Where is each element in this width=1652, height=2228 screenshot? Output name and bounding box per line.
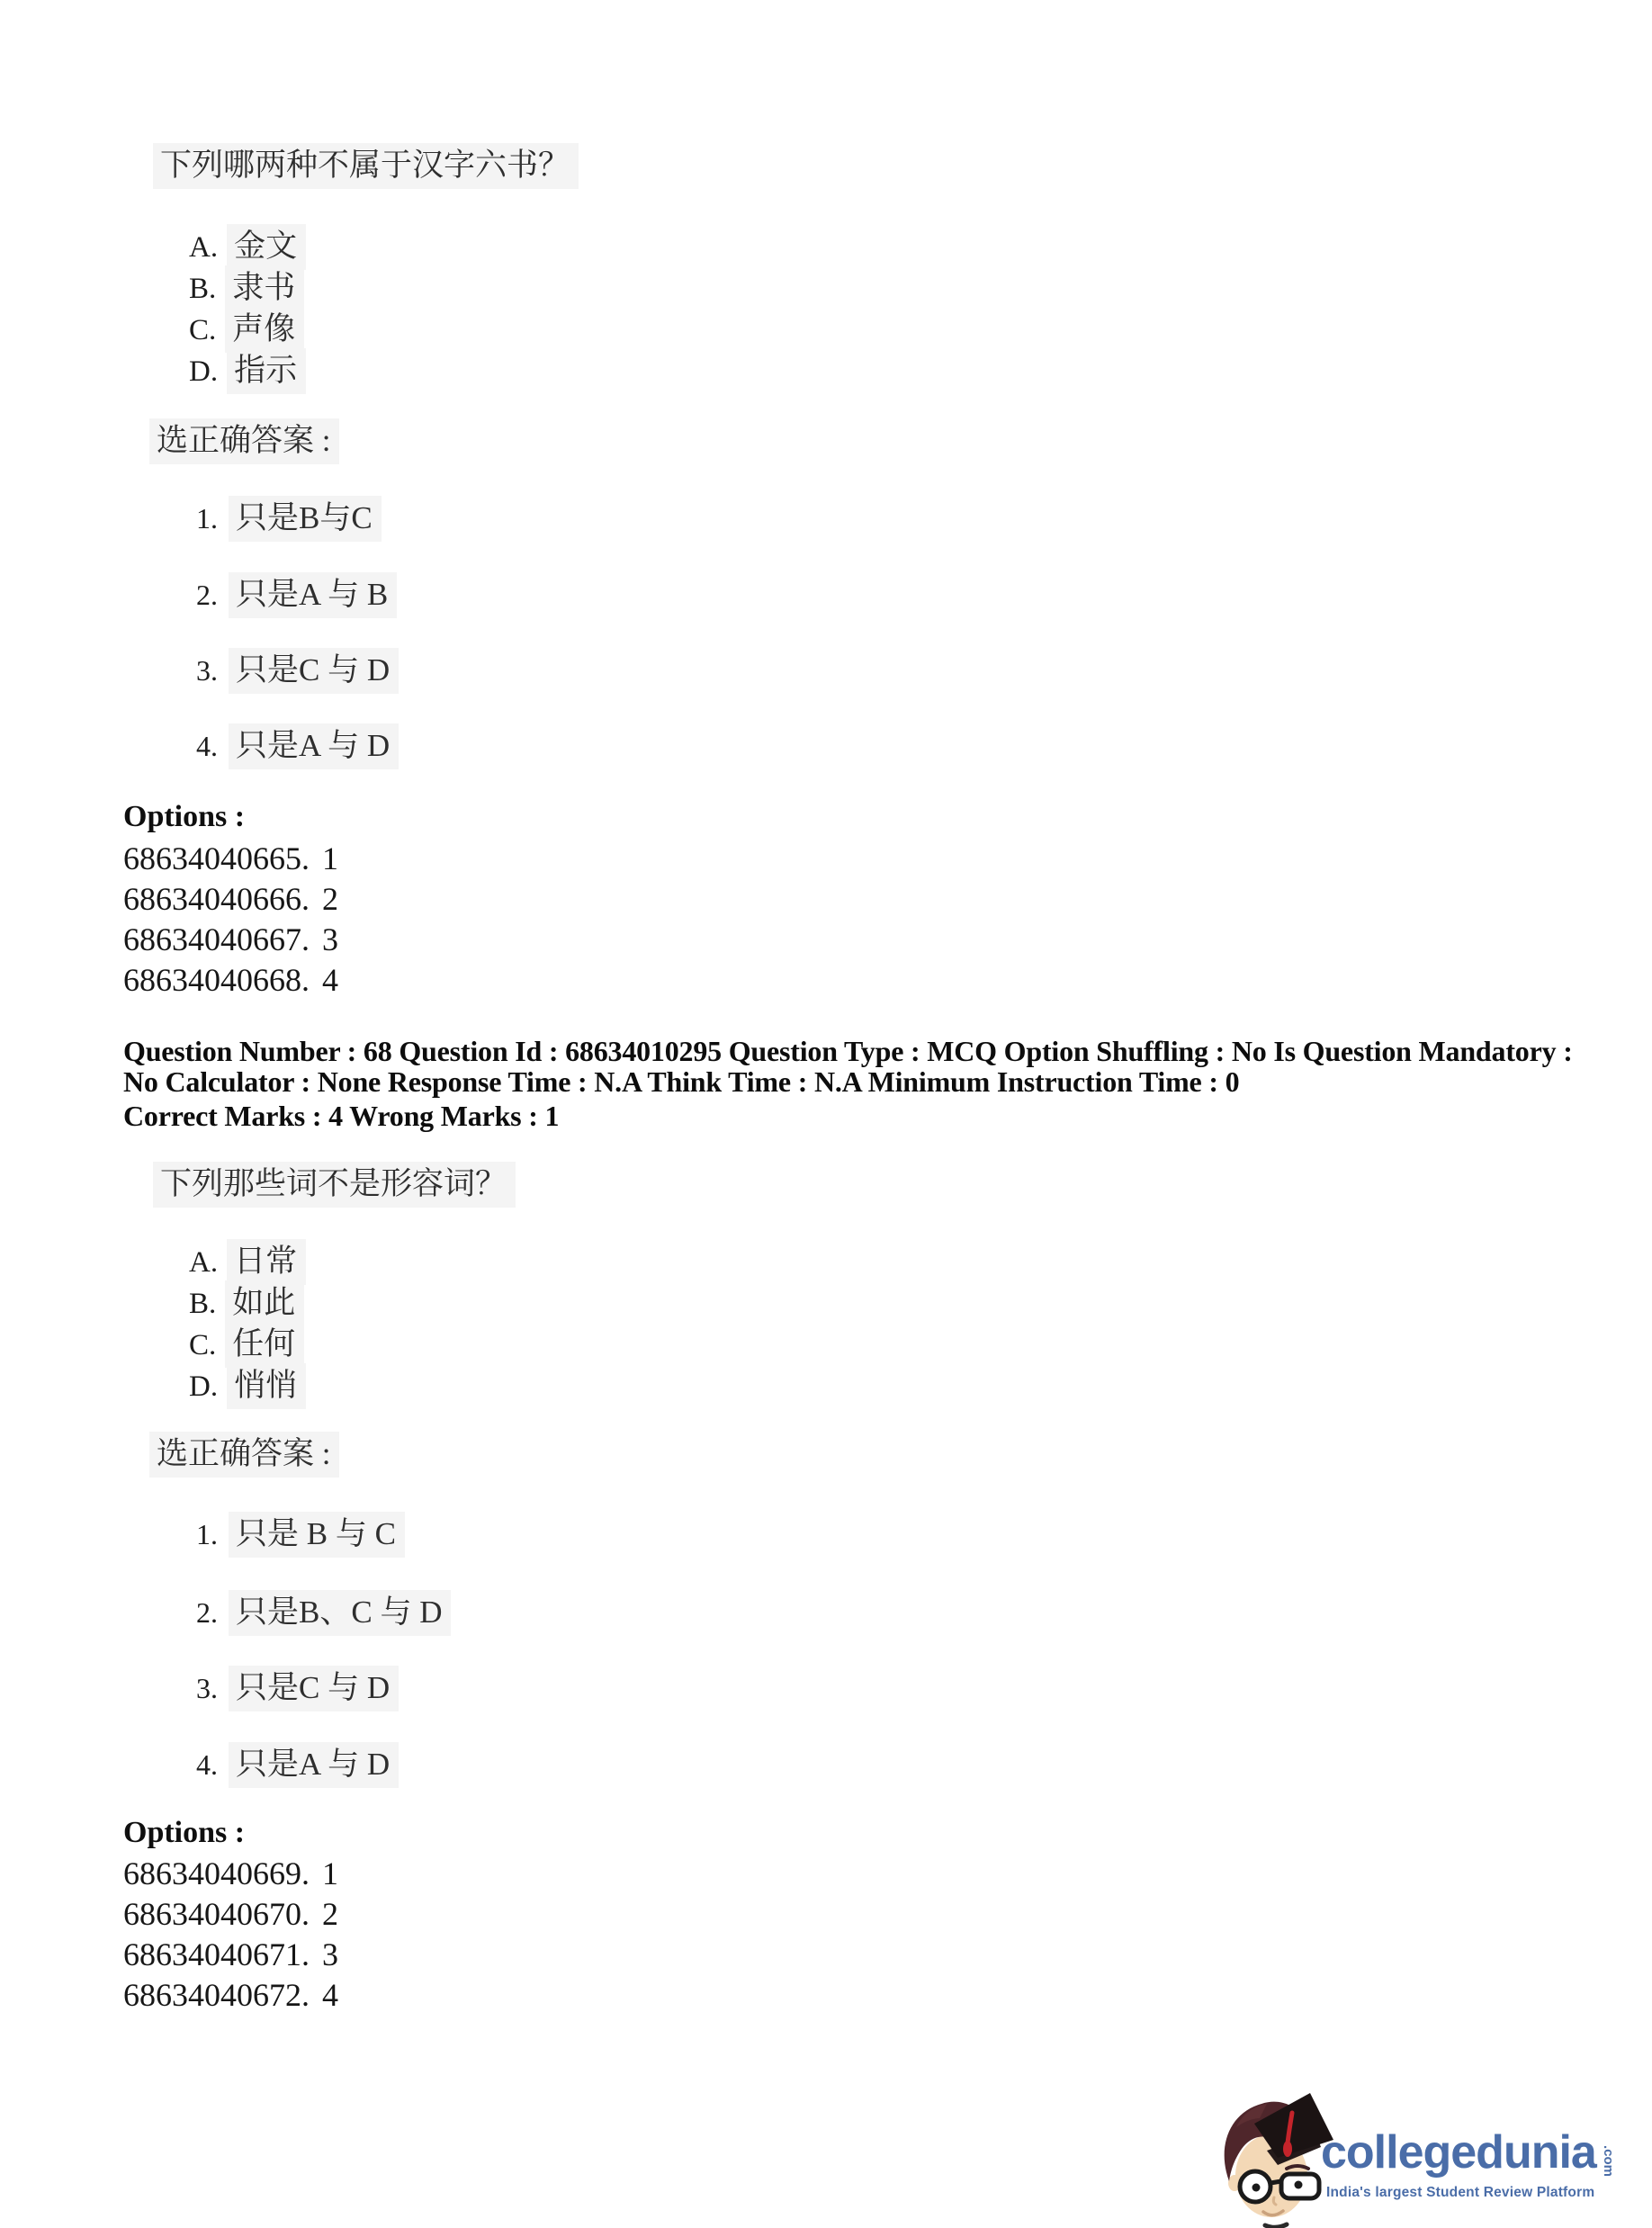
collegedunia-mascot-icon <box>1215 2088 1337 2228</box>
q1-choice-b-label: B. <box>189 273 216 305</box>
q1-answer-2-text: 只是A 与 B <box>229 572 397 618</box>
q1-option-id-3: 68634040667.3 <box>123 923 338 956</box>
q1-option-id-3-value: 3 <box>322 921 338 957</box>
q2-answer-4-text: 只是A 与 D <box>229 1742 399 1788</box>
q1-answer-3-text: 只是C 与 D <box>229 648 399 694</box>
q2-choice-a-label: A. <box>189 1246 218 1279</box>
collegedunia-logo-text: collegedunia <box>1321 2129 1596 2176</box>
q2-option-id-2-id: 68634040670. <box>123 1896 310 1932</box>
q2-option-id-3-value: 3 <box>322 1936 338 1972</box>
q2-answer-4: 4.只是A 与 D <box>196 1748 399 1780</box>
q2-answer-1: 1.只是 B 与 C <box>196 1518 405 1550</box>
q2-answer-4-num: 4. <box>196 1748 218 1781</box>
q2-answer-2-text: 只是B、C 与 D <box>229 1590 451 1636</box>
q2-answer-1-text: 只是 B 与 C <box>229 1512 405 1558</box>
q1-select-prompt-text: 选正确答案 : <box>149 418 339 464</box>
q1-option-id-3-id: 68634040667. <box>123 921 310 957</box>
q1-choice-c-label: C. <box>189 314 216 346</box>
q1-choice-a-label: A. <box>189 231 218 264</box>
q1-choice-a: A.金文 <box>189 230 306 263</box>
q1-answer-4: 4.只是A 与 D <box>196 730 399 761</box>
q2-choice-c-text: 任何 <box>225 1322 304 1368</box>
q1-answer-1-text: 只是B与C <box>229 496 382 542</box>
q2-answer-2-num: 2. <box>196 1596 218 1629</box>
graduate-boy-icon <box>1215 2088 1337 2228</box>
q1-option-id-2: 68634040666.2 <box>123 883 338 915</box>
q1-answer-4-num: 4. <box>196 730 218 762</box>
q2-option-id-3: 68634040671.3 <box>123 1938 338 1971</box>
q1-option-id-2-value: 2 <box>322 881 338 917</box>
q2-choice-b: B.如此 <box>189 1287 304 1319</box>
q2-choice-d-label: D. <box>189 1370 218 1403</box>
question-meta-line2: No Calculator : None Response Time : N.A… <box>123 1067 1239 1096</box>
q2-choice-d-text: 悄悄 <box>227 1363 306 1409</box>
q2-option-id-4-value: 4 <box>322 1977 338 2013</box>
q2-option-id-1: 68634040669.1 <box>123 1857 338 1890</box>
q1-answer-3-num: 3. <box>196 654 218 687</box>
q1-option-id-1: 68634040665.1 <box>123 842 338 875</box>
q2-choice-a: A.日常 <box>189 1245 306 1278</box>
q1-answer-2: 2.只是A 与 B <box>196 579 397 610</box>
q2-choice-a-text: 日常 <box>227 1239 306 1285</box>
q1-option-id-4-value: 4 <box>322 962 338 998</box>
q1-options-heading: Options : <box>123 802 245 832</box>
collegedunia-logo-tld: .com <box>1602 2145 1615 2177</box>
q2-options-heading: Options : <box>123 1818 245 1848</box>
q2-choice-d: D.悄悄 <box>189 1370 306 1402</box>
q2-option-id-1-value: 1 <box>322 1855 338 1891</box>
q2-select-prompt: 选正确答案 : <box>149 1438 339 1469</box>
q2-answer-3: 3.只是C 与 D <box>196 1672 399 1703</box>
q2-option-id-4: 68634040672.4 <box>123 1979 338 2011</box>
q1-question-text: 下列哪两种不属于汉字六书？ <box>153 149 579 181</box>
q2-choice-b-text: 如此 <box>225 1280 304 1326</box>
q2-answer-1-num: 1. <box>196 1518 218 1550</box>
q1-answer-1: 1.只是B与C <box>196 502 382 534</box>
q1-option-id-4: 68634040668.4 <box>123 964 338 996</box>
q2-select-prompt-text: 选正确答案 : <box>149 1432 339 1478</box>
q1-question-cn: 下列哪两种不属于汉字六书？ <box>153 143 579 189</box>
q2-option-id-2: 68634040670.2 <box>123 1898 338 1930</box>
q1-select-prompt: 选正确答案 : <box>149 425 339 456</box>
q2-answer-3-num: 3. <box>196 1672 218 1704</box>
q1-choice-c: C.声像 <box>189 313 304 346</box>
q2-choice-c-label: C. <box>189 1329 216 1361</box>
q1-answer-2-num: 2. <box>196 579 218 611</box>
q1-option-id-4-id: 68634040668. <box>123 962 310 998</box>
q1-choice-d: D.指示 <box>189 355 306 387</box>
q1-option-id-1-value: 1 <box>322 840 338 876</box>
q2-question-text: 下列那些词不是形容词？ <box>153 1168 516 1199</box>
q1-option-id-2-id: 68634040666. <box>123 881 310 917</box>
q2-option-id-3-id: 68634040671. <box>123 1936 310 1972</box>
q1-answer-3: 3.只是C 与 D <box>196 654 399 686</box>
q1-answer-1-num: 1. <box>196 502 218 535</box>
q1-choice-d-label: D. <box>189 355 218 388</box>
q2-question-cn: 下列那些词不是形容词？ <box>153 1162 516 1208</box>
exam-paper-page: { "colors": { "page_background": "#fffff… <box>0 0 1652 2228</box>
q2-answer-3-text: 只是C 与 D <box>229 1666 399 1711</box>
q2-option-id-2-value: 2 <box>322 1896 338 1932</box>
question-meta-marks: Correct Marks : 4 Wrong Marks : 1 <box>123 1101 559 1130</box>
q2-option-id-1-id: 68634040669. <box>123 1855 310 1891</box>
q1-choice-d-text: 指示 <box>227 348 306 394</box>
q1-choice-b-text: 隶书 <box>225 265 304 311</box>
q1-option-id-1-id: 68634040665. <box>123 840 310 876</box>
q2-answer-2: 2.只是B、C 与 D <box>196 1596 451 1628</box>
q1-choice-a-text: 金文 <box>227 224 306 270</box>
q2-option-id-4-id: 68634040672. <box>123 1977 310 2013</box>
q2-choice-c: C.任何 <box>189 1328 304 1361</box>
question-meta-line1: Question Number : 68 Question Id : 68634… <box>123 1037 1573 1065</box>
q2-choice-b-label: B. <box>189 1288 216 1320</box>
q1-answer-4-text: 只是A 与 D <box>229 723 399 769</box>
q1-choice-b: B.隶书 <box>189 272 304 304</box>
collegedunia-tagline: India's largest Student Review Platform <box>1326 2186 1594 2200</box>
q1-choice-c-text: 声像 <box>225 307 304 353</box>
